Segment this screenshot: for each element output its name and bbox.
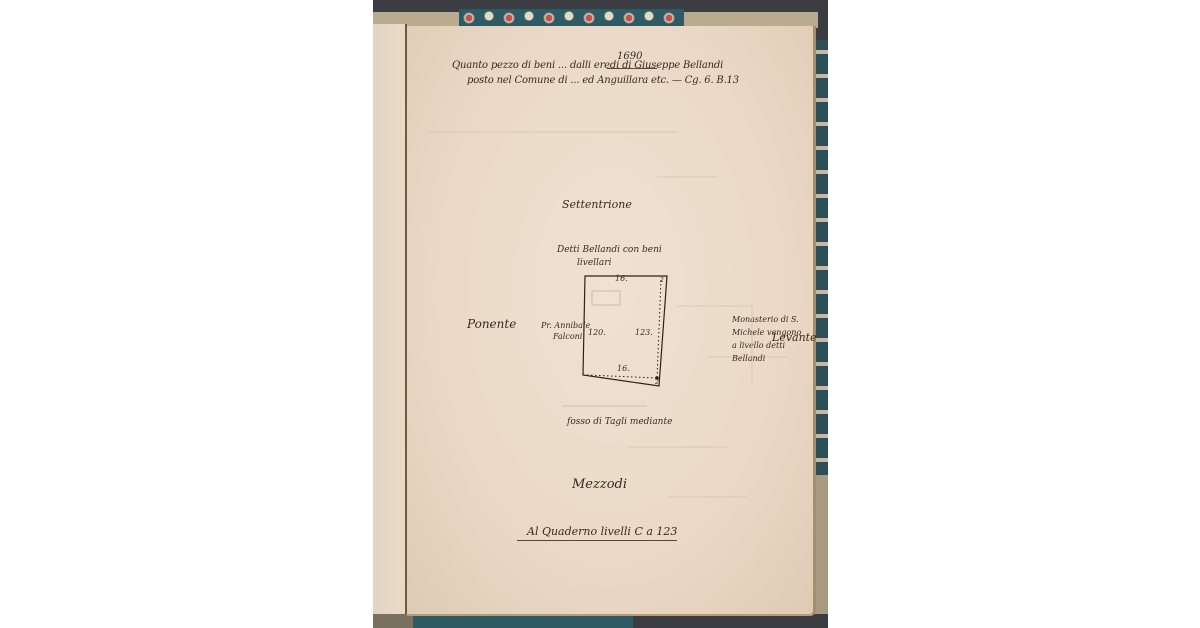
folio-number: 102 <box>827 42 828 49</box>
manuscript-page: 102 1690 Quanto pezzo di beni ... dalli … <box>407 26 816 616</box>
cover-right-lower-edge <box>814 475 828 615</box>
manuscript-scan: 102 1690 Quanto pezzo di beni ... dalli … <box>373 0 828 628</box>
marbled-cover-paper <box>459 9 684 27</box>
book-bottom-edge <box>373 614 828 628</box>
ledger-reference: Al Quaderno livelli C a 123 <box>527 526 677 537</box>
compass-south-label: Mezzodi <box>572 478 627 491</box>
south-boundary: fosso di Tagli mediante <box>567 418 672 427</box>
reference-underline <box>517 540 677 541</box>
plot-bottom-dimension: 16. <box>617 364 630 373</box>
plot-right-dimension: 123. <box>635 328 653 337</box>
left-page-edge <box>373 24 407 616</box>
plot-left-dimension: 120. <box>588 328 606 337</box>
plot-corner-top-right: 2 <box>660 277 664 284</box>
plot-top-dimension: 16. <box>615 274 628 283</box>
plot-corner-bottom-right: 2 <box>655 379 659 386</box>
